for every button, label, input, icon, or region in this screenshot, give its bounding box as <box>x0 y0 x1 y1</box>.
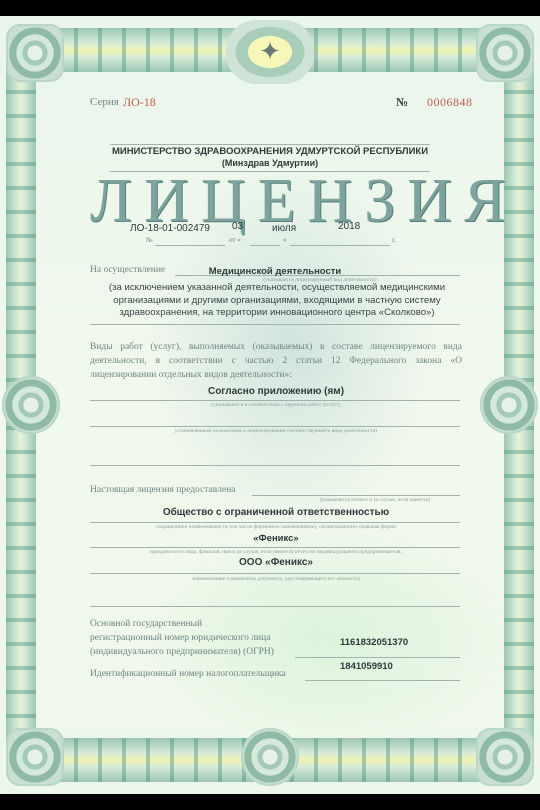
year-suffix: г. <box>392 236 396 244</box>
left-border-band <box>6 56 36 754</box>
licensee-caption-3: наименование и реквизиты документа, удос… <box>90 576 462 582</box>
activity-details: (за исключением указанной деятельности, … <box>92 282 462 320</box>
underline <box>90 426 460 427</box>
rosette-icon <box>6 24 64 82</box>
number-label: № <box>396 95 408 110</box>
ogrn-label-line-3: (индивидуального предпринимателя) (ОГРН) <box>90 645 274 659</box>
license-month: июля <box>272 223 296 234</box>
underline <box>90 547 460 548</box>
rosette-icon <box>476 24 534 82</box>
underline <box>90 522 460 523</box>
licensee-caption-1: сокращенное наименование (в том числе фи… <box>90 524 462 530</box>
underline <box>295 657 460 658</box>
serial-number: 0006848 <box>427 95 473 110</box>
licensee-label: Настоящая лицензия предоставлена <box>90 485 235 495</box>
ogrn-label-line-2: регистрационный номер юридического лица <box>90 631 274 645</box>
underline <box>250 245 280 246</box>
underline <box>90 400 460 401</box>
underline <box>305 680 460 681</box>
underline <box>90 465 460 466</box>
activity-label: На осуществление <box>90 265 165 275</box>
works-caption-2: установленным положением о лицензировани… <box>90 428 462 434</box>
divider <box>110 144 430 145</box>
double-headed-eagle-icon: ✦ <box>254 28 286 76</box>
bottom-border-band <box>40 738 500 782</box>
underline <box>252 495 460 496</box>
ogrn-label: Основной государственный регистрационный… <box>90 617 274 659</box>
underline <box>290 245 390 246</box>
license-certificate: ✦ Серия ЛО-18 № 0006848 МИНИСТЕРСТВО ЗДР… <box>0 16 540 794</box>
license-number-label: № <box>146 236 153 244</box>
rosette-icon <box>476 728 534 786</box>
inn-label: Идентификационный номер налогоплательщик… <box>90 669 286 679</box>
licensee-caption-2: юридического лица, фамилия, имя и (в слу… <box>90 549 462 555</box>
rosette-icon <box>6 728 64 786</box>
underline <box>90 324 460 325</box>
licensee-brand-name: «Феникс» <box>90 533 462 544</box>
license-year: 2018 <box>338 221 360 232</box>
right-border-band <box>504 56 534 754</box>
license-day: 03 <box>232 221 243 232</box>
date-from-label: от « <box>229 236 241 244</box>
activity-value: Медицинской деятельности <box>175 266 375 277</box>
licensee-full-name: Общество с ограниченной ответственностью <box>90 507 462 518</box>
rosette-icon <box>480 376 538 434</box>
issuing-authority: МИНИСТЕРСТВО ЗДРАВООХРАНЕНИЯ УДМУРТСКОЙ … <box>90 146 450 157</box>
licensee-short-name: ООО «Феникс» <box>90 557 462 568</box>
ogrn-label-line-1: Основной государственный <box>90 617 274 631</box>
inn-value: 1841059910 <box>340 661 393 672</box>
rosette-icon <box>2 376 60 434</box>
works-value: Согласно приложению (ям) <box>90 386 462 397</box>
series-label: Серия <box>90 96 119 108</box>
underline <box>90 606 460 607</box>
underline <box>155 245 225 246</box>
rosette-icon <box>241 728 299 786</box>
works-caption-1: (указываются в соответствии с перечнем р… <box>90 402 462 408</box>
emblem-medallion: ✦ <box>226 20 314 84</box>
licensee-caption-0: (указывается полное и (в случае, если им… <box>290 497 460 503</box>
date-quote-close: » <box>283 236 287 244</box>
top-border-band <box>40 28 500 72</box>
ogrn-value: 1161832051370 <box>340 637 408 648</box>
works-intro: Виды работ (услуг), выполняемых (оказыва… <box>90 340 462 382</box>
series-value: ЛО-18 <box>123 95 156 110</box>
license-number: ЛО-18-01-002479 <box>130 223 210 234</box>
underline <box>90 573 460 574</box>
